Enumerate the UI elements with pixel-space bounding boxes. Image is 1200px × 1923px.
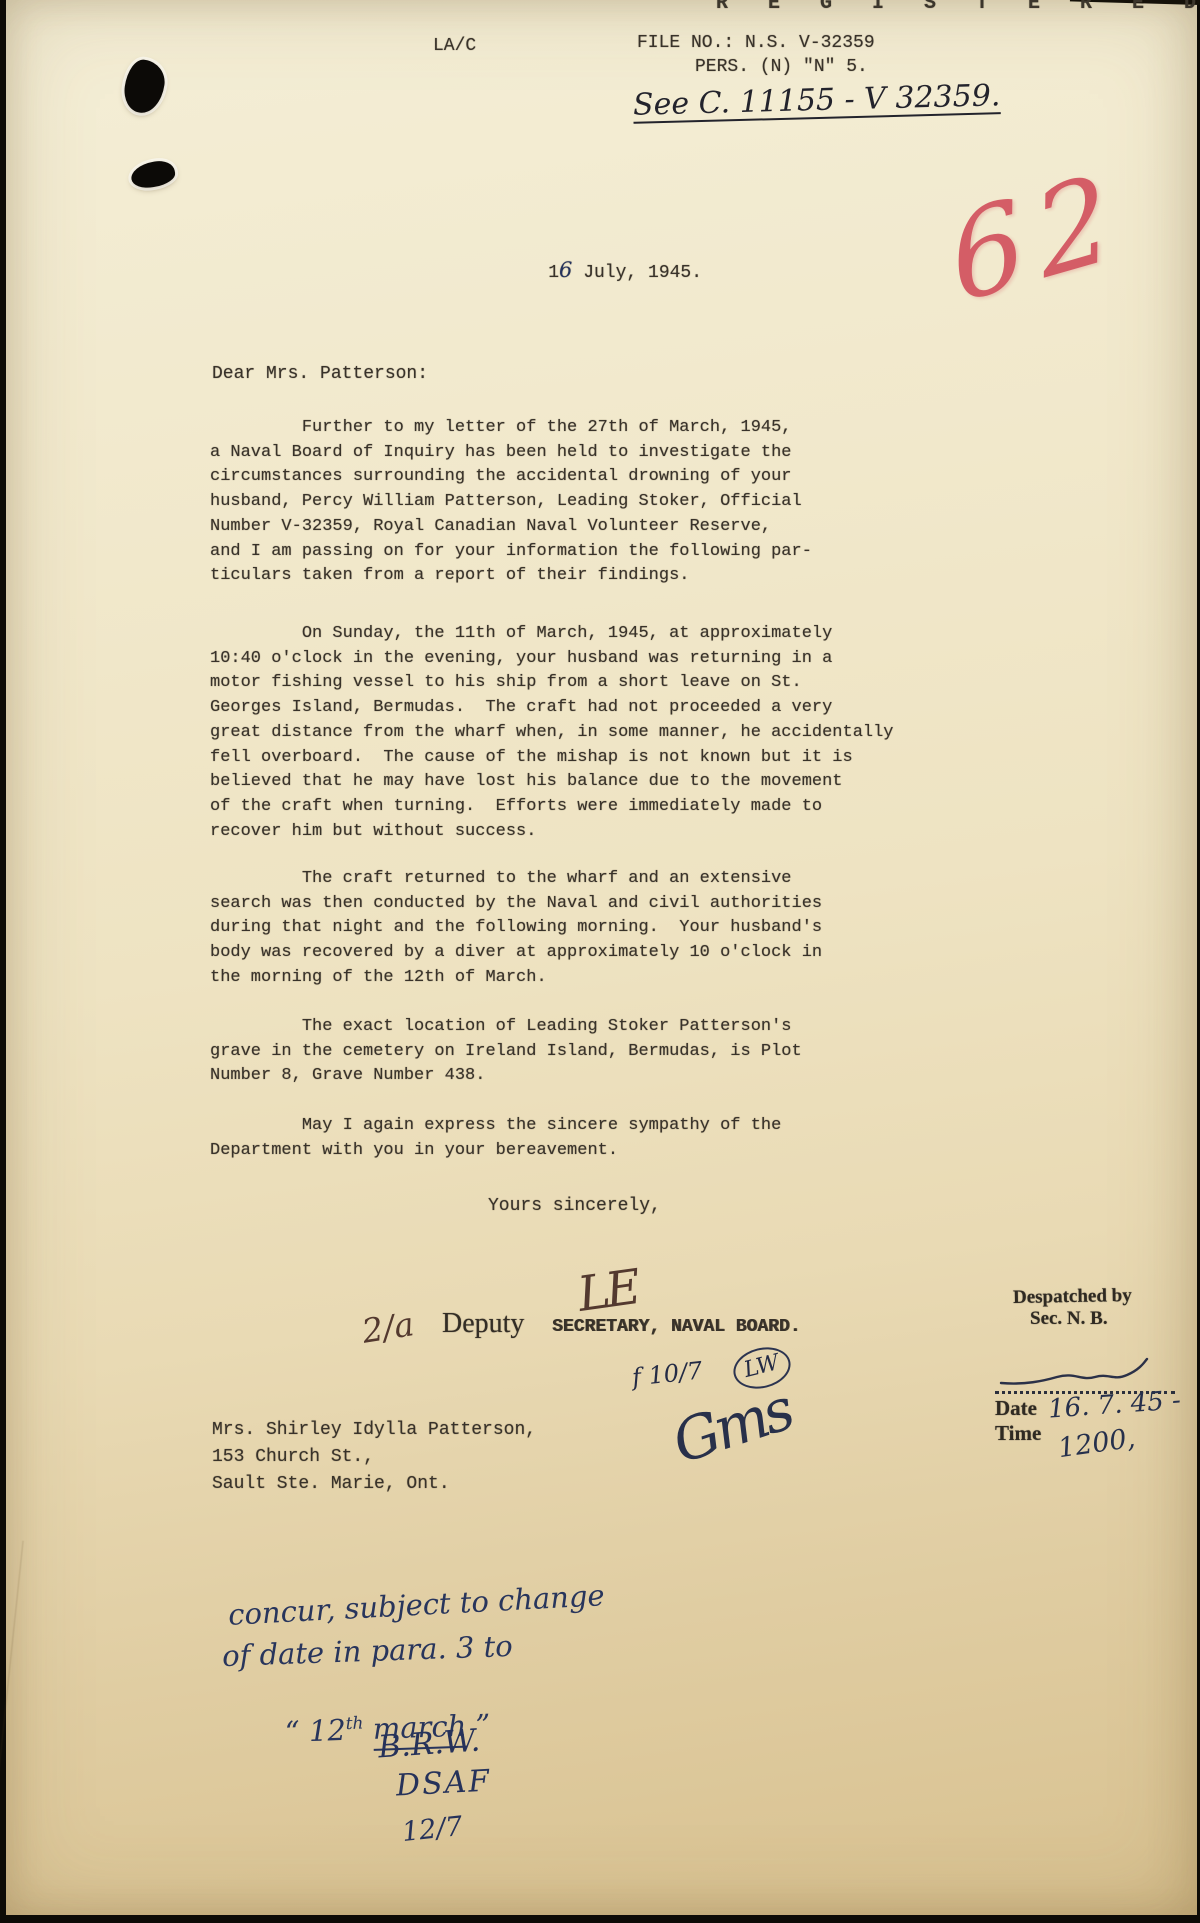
date-digit-handwritten: 6	[559, 258, 572, 282]
pers-number: PERS. (N) "N" 5.	[695, 57, 868, 77]
annotation-2a: 2/a	[359, 1304, 416, 1351]
signature-initials-le: LE	[574, 1259, 640, 1323]
recipient-line-2: 153 Church St.,	[212, 1447, 374, 1467]
letter-paragraph-4: The exact location of Leading Stoker Pat…	[210, 1015, 802, 1089]
concur-line3-pre: “ 12	[284, 1713, 346, 1749]
letter-date: 16 July, 1945.	[505, 238, 702, 303]
concur-date: 12/7	[401, 1811, 465, 1848]
registered-stamp: R E G I S T E R E D	[716, 0, 1200, 15]
recipient-line-1: Mrs. Shirley Idylla Patterson,	[212, 1420, 536, 1440]
document-page: R E G I S T E R E D LA/C FILE NO.: N.S. …	[0, 0, 1200, 1923]
salutation: Dear Mrs. Patterson:	[212, 364, 428, 384]
despatch-time-label: Time	[995, 1421, 1041, 1446]
date-rest: July, 1945.	[572, 263, 702, 283]
date-digit-typed: 1	[548, 263, 559, 283]
concur-office: DSAF	[395, 1764, 492, 1804]
secretary-title: SECRETARY, NAVAL BOARD.	[552, 1317, 800, 1337]
letter-paragraph-5: May I again express the sincere sympathy…	[210, 1114, 781, 1163]
letter-paragraph-2: On Sunday, the 11th of March, 1945, at a…	[210, 622, 894, 844]
letter-paragraph-3: The craft returned to the wharf and an e…	[210, 867, 822, 991]
letter-paragraph-1: Further to my letter of the 27th of Marc…	[210, 416, 812, 589]
closing: Yours sincerely,	[488, 1196, 661, 1216]
despatch-date-label: Date	[995, 1396, 1037, 1421]
sec-nb-line: Sec. N. B.	[1030, 1308, 1108, 1330]
concur-initials: B.R.W.	[377, 1722, 481, 1765]
concur-line3-sup: th	[345, 1714, 363, 1735]
recipient-line-3: Sault Ste. Marie, Ont.	[212, 1474, 450, 1494]
file-number: FILE NO.: N.S. V-32359	[637, 33, 875, 53]
scribble-curve	[995, 1355, 1175, 1389]
deputy-title: Deputy	[442, 1308, 524, 1340]
routing-code: LA/C	[433, 36, 476, 56]
despatched-by-line: Despatched by	[1013, 1285, 1132, 1309]
